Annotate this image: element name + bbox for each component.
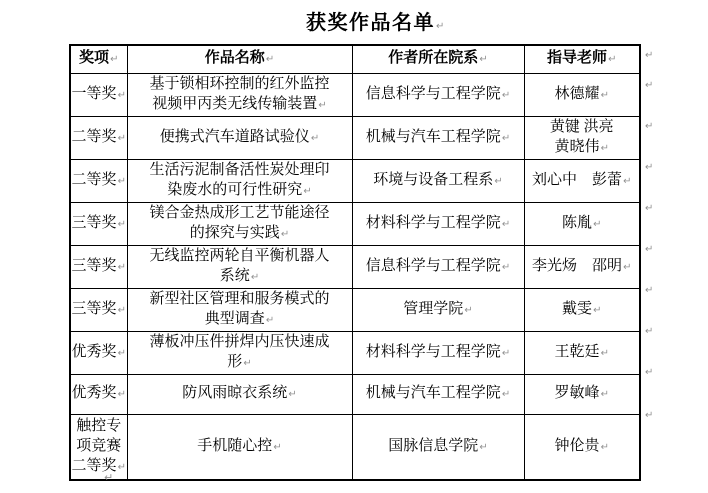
paragraph-mark-icon: ↵ [502,219,510,230]
advisor-cell: 刘心中 彭蕾↵ [524,159,640,202]
work-title: 无线监控两轮自平衡机器人 系统 [149,248,329,284]
department-label: 机械与汽车工程学院 [366,385,501,401]
department-label: 国脉信息学院 [388,438,478,454]
paragraph-mark-icon: ↵ [104,471,113,484]
advisor-cell: 钟伦贵↵ [524,414,640,480]
table-row: 一等奖↵ 基于锁相环控制的红外监控 视频甲丙类无线传输装置↵ 信息科学与工程学院… [70,73,640,116]
paragraph-mark-icon: ↵ [502,133,510,144]
end-of-row-mark-icon: ↵ [645,410,653,421]
work-cell: 手机随心控↵ [127,414,352,480]
award-label: 二等奖 [72,172,117,188]
work-cell: 基于锁相环控制的红外监控 视频甲丙类无线传输装置↵ [127,73,352,116]
work-title: 镁合金热成形工艺节能途径 的探究与实践 [149,205,329,241]
work-title: 新型社区管理和服务模式的 典型调查 [149,291,329,327]
paragraph-mark-icon: ↵ [436,21,444,32]
page-title-text: 获奖作品名单 [306,12,435,34]
header-label: 作者所在院系 [388,50,478,66]
department-label: 信息科学与工程学院 [366,258,501,274]
end-of-row-mark-icon: ↵ [645,244,653,255]
table-row: 触控专项竞赛二等奖↵ 手机随心控↵ 国脉信息学院↵ 钟伦贵↵ [70,414,640,480]
advisor-name: 林德耀 [555,86,600,102]
paragraph-mark-icon: ↵ [251,272,259,283]
work-cell: 便携式汽车道路试验仪↵ [127,116,352,159]
paragraph-mark-icon: ↵ [601,90,609,101]
paragraph-mark-icon: ↵ [311,133,319,144]
award-cell: 二等奖↵ [70,116,127,159]
paragraph-mark-icon: ↵ [502,389,510,400]
end-of-row-mark-icon: ↵ [645,326,653,337]
work-cell: 新型社区管理和服务模式的 典型调查↵ [127,288,352,331]
paragraph-mark-icon: ↵ [281,229,289,240]
advisor-name: 罗敏峰 [555,385,600,401]
paragraph-mark-icon: ↵ [273,442,281,453]
paragraph-mark-icon: ↵ [623,176,631,187]
header-row: 奖项↵ 作品名称↵ 作者所在院系↵ 指导老师↵ [70,45,640,73]
end-of-row-mark-icon: ↵ [645,50,653,61]
paragraph-mark-icon: ↵ [464,305,472,316]
department-label: 信息科学与工程学院 [366,86,501,102]
department-label: 材料科学与工程学院 [366,344,501,360]
paragraph-mark-icon: ↵ [118,389,126,400]
advisor-name: 李光炀 邵明 [532,258,622,274]
column-header-advisor: 指导老师↵ [524,45,640,73]
work-title: 薄板冲压件拼焊内压快速成 形 [149,334,329,370]
award-cell: 优秀奖↵ [70,331,127,374]
department-cell: 管理学院↵ [352,288,524,331]
paragraph-mark-icon: ↵ [266,54,274,65]
department-cell: 机械与汽车工程学院↵ [352,374,524,414]
paragraph-mark-icon: ↵ [118,90,126,101]
work-cell: 生活污泥制备活性炭处理印 染废水的可行性研究↵ [127,159,352,202]
paragraph-mark-icon: ↵ [502,262,510,273]
awards-table: 奖项↵ 作品名称↵ 作者所在院系↵ 指导老师↵ 一等奖↵ 基于锁相环控制的红外监… [69,44,641,481]
end-of-row-mark-icon: ↵ [645,203,653,214]
department-cell: 国脉信息学院↵ [352,414,524,480]
award-cell: 三等奖↵ [70,202,127,245]
end-of-row-mark-icon: ↵ [645,121,653,132]
paragraph-mark-icon: ↵ [118,133,126,144]
header-label: 奖项 [79,50,109,66]
advisor-cell: 陈胤↵ [524,202,640,245]
department-cell: 信息科学与工程学院↵ [352,73,524,116]
advisor-cell: 黄键 洪亮 黄晓伟↵ [524,116,640,159]
paragraph-mark-icon: ↵ [118,176,126,187]
document-page: 获奖作品名单↵ 奖项↵ 作品名称↵ 作者所在院系↵ 指导老师↵ 一等奖↵ 基于锁… [0,0,708,493]
work-cell: 薄板冲压件拼焊内压快速成 形↵ [127,331,352,374]
paragraph-mark-icon: ↵ [118,348,126,359]
award-label: 优秀奖 [72,344,117,360]
paragraph-mark-icon: ↵ [502,348,510,359]
table-row: 三等奖↵ 新型社区管理和服务模式的 典型调查↵ 管理学院↵ 戴雯↵ [70,288,640,331]
award-label: 触控专项竞赛二等奖 [72,418,122,474]
header-label: 指导老师 [547,50,607,66]
work-title: 便携式汽车道路试验仪 [160,129,310,145]
paragraph-mark-icon: ↵ [593,219,601,230]
paragraph-mark-icon: ↵ [502,90,510,101]
department-cell: 信息科学与工程学院↵ [352,245,524,288]
table-row: 二等奖↵ 生活污泥制备活性炭处理印 染废水的可行性研究↵ 环境与设备工程系↵ 刘… [70,159,640,202]
award-cell: 触控专项竞赛二等奖↵ [70,414,127,480]
award-cell: 优秀奖↵ [70,374,127,414]
paragraph-mark-icon: ↵ [118,262,126,273]
table-row: 优秀奖↵ 薄板冲压件拼焊内压快速成 形↵ 材料科学与工程学院↵ 王乾廷↵ [70,331,640,374]
department-label: 机械与汽车工程学院 [366,129,501,145]
paragraph-mark-icon: ↵ [118,219,126,230]
work-title: 基于锁相环控制的红外监控 视频甲丙类无线传输装置 [149,76,329,112]
work-cell: 防风雨晾衣系统↵ [127,374,352,414]
advisor-cell: 李光炀 邵明↵ [524,245,640,288]
advisor-name: 戴雯 [562,301,592,317]
advisor-name: 陈胤 [562,215,592,231]
column-header-award: 奖项↵ [70,45,127,73]
award-label: 一等奖 [72,86,117,102]
paragraph-mark-icon: ↵ [243,358,251,369]
paragraph-mark-icon: ↵ [318,100,326,111]
end-of-row-mark-icon: ↵ [645,80,653,91]
paragraph-mark-icon: ↵ [494,176,502,187]
paragraph-mark-icon: ↵ [110,54,118,65]
advisor-cell: 罗敏峰↵ [524,374,640,414]
award-label: 三等奖 [72,215,117,231]
table-row: 三等奖↵ 镁合金热成形工艺节能途径 的探究与实践↵ 材料科学与工程学院↵ 陈胤↵ [70,202,640,245]
work-title: 防风雨晾衣系统 [182,385,287,401]
paragraph-mark-icon: ↵ [608,54,616,65]
paragraph-mark-icon: ↵ [601,389,609,400]
award-label: 二等奖 [72,129,117,145]
paragraph-mark-icon: ↵ [118,305,126,316]
award-cell: 二等奖↵ [70,159,127,202]
advisor-name: 刘心中 彭蕾 [532,172,622,188]
advisor-cell: 林德耀↵ [524,73,640,116]
end-of-row-mark-icon: ↵ [645,162,653,173]
department-cell: 环境与设备工程系↵ [352,159,524,202]
paragraph-mark-icon: ↵ [601,442,609,453]
table-row: 三等奖↵ 无线监控两轮自平衡机器人 系统↵ 信息科学与工程学院↵ 李光炀 邵明↵ [70,245,640,288]
department-cell: 材料科学与工程学院↵ [352,331,524,374]
column-header-department: 作者所在院系↵ [352,45,524,73]
work-title: 手机随心控 [197,438,272,454]
work-cell: 镁合金热成形工艺节能途径 的探究与实践↵ [127,202,352,245]
paragraph-mark-icon: ↵ [479,442,487,453]
paragraph-mark-icon: ↵ [601,348,609,359]
paragraph-mark-icon: ↵ [601,143,609,154]
department-label: 管理学院 [403,301,463,317]
column-header-work: 作品名称↵ [127,45,352,73]
award-cell: 一等奖↵ [70,73,127,116]
table-row: 优秀奖↵ 防风雨晾衣系统↵ 机械与汽车工程学院↵ 罗敏峰↵ [70,374,640,414]
table-row: 二等奖↵ 便携式汽车道路试验仪↵ 机械与汽车工程学院↵ 黄键 洪亮 黄晓伟↵ [70,116,640,159]
header-label: 作品名称 [205,50,265,66]
department-label: 环境与设备工程系 [373,172,493,188]
advisor-cell: 戴雯↵ [524,288,640,331]
award-cell: 三等奖↵ [70,245,127,288]
advisor-name: 钟伦贵 [555,438,600,454]
paragraph-mark-icon: ↵ [266,315,274,326]
department-cell: 材料科学与工程学院↵ [352,202,524,245]
page-title: 获奖作品名单↵ [306,10,444,40]
paragraph-mark-icon: ↵ [479,54,487,65]
end-of-row-mark-icon: ↵ [645,367,653,378]
advisor-cell: 王乾廷↵ [524,331,640,374]
award-label: 三等奖 [72,258,117,274]
advisor-name: 王乾廷 [555,344,600,360]
award-cell: 三等奖↵ [70,288,127,331]
paragraph-mark-icon: ↵ [593,305,601,316]
department-label: 材料科学与工程学院 [366,215,501,231]
end-of-row-mark-icon: ↵ [645,285,653,296]
award-label: 优秀奖 [72,385,117,401]
paragraph-mark-icon: ↵ [623,262,631,273]
award-label: 三等奖 [72,301,117,317]
paragraph-mark-icon: ↵ [303,186,311,197]
department-cell: 机械与汽车工程学院↵ [352,116,524,159]
paragraph-mark-icon: ↵ [288,389,296,400]
paragraph-mark-icon: ↵ [118,462,126,473]
work-cell: 无线监控两轮自平衡机器人 系统↵ [127,245,352,288]
